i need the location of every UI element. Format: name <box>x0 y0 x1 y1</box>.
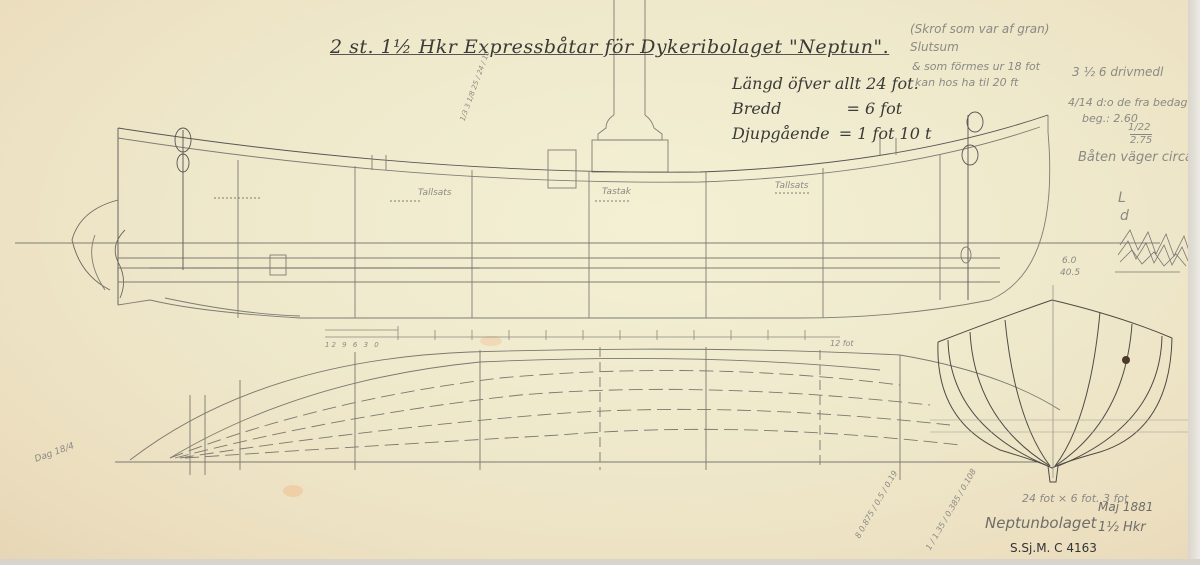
drawing-title: 2 st. 1½ Hkr Expressbåtar för Dykeribola… <box>330 36 889 58</box>
pencil-note: (Skrof som var af gran) <box>910 22 1049 36</box>
scan-edge <box>0 559 1200 565</box>
scale-bar <box>325 326 840 340</box>
pencil-note: & som förmes ur 18 fot <box>912 60 1040 73</box>
spec-label: Djupgående <box>732 124 830 143</box>
scale-unit: 12 fot <box>830 339 854 348</box>
funnel-icon <box>592 0 668 172</box>
archive-stamp: S.Sj.M. C 4163 <box>1010 541 1097 555</box>
drawing-sheet: 2 st. 1½ Hkr Expressbåtar för Dykeribola… <box>0 0 1190 560</box>
spec-length: Längd öfver allt 24 fot. <box>732 74 919 93</box>
pencil-scribble <box>1115 230 1190 272</box>
spec-value: 24 fot. <box>866 74 919 93</box>
pencil-note: kan hos ha til 20 ft <box>915 76 1018 89</box>
margin-note: 6.0 <box>1062 256 1076 266</box>
spec-beam: Bredd = 6 fot <box>732 99 902 118</box>
scan-edge <box>1188 0 1200 565</box>
spec-label: Bredd <box>732 99 781 118</box>
company-note: Neptunbolaget <box>985 514 1097 532</box>
scale-ticks-left: 12 9 6 3 0 <box>325 341 381 349</box>
pencil-note: Slutsum <box>910 40 959 54</box>
date-note: Maj 1881 <box>1098 500 1153 514</box>
spec-draft: Djupgående = 1 fot 10 t <box>732 124 931 143</box>
section-label: Tallsats <box>775 181 809 191</box>
pencil-note: 4/14 d:o de fra bedag <box>1068 96 1187 109</box>
pencil-note: 1/22 <box>1128 122 1150 133</box>
section-label: Tastak <box>602 187 631 197</box>
pencil-note: d <box>1120 208 1129 224</box>
margin-note: 40.5 <box>1060 268 1080 278</box>
spec-value: = 1 fot 10 t <box>839 124 932 143</box>
half-breadth-plan <box>115 347 1060 480</box>
pencil-note: 2.75 <box>1130 134 1152 146</box>
pencil-note: Båten väger circa 23 (t) <box>1078 150 1190 165</box>
section-label: Tallsats <box>418 188 452 198</box>
pencil-note: L <box>1118 190 1126 206</box>
pencil-note: 3 ½ 6 drivmedl <box>1072 65 1163 79</box>
spec-label: Längd öfver allt <box>732 74 861 93</box>
power-note: 1½ Hkr <box>1098 520 1146 535</box>
spec-value: = 6 fot <box>846 99 902 118</box>
body-plan <box>930 285 1190 482</box>
